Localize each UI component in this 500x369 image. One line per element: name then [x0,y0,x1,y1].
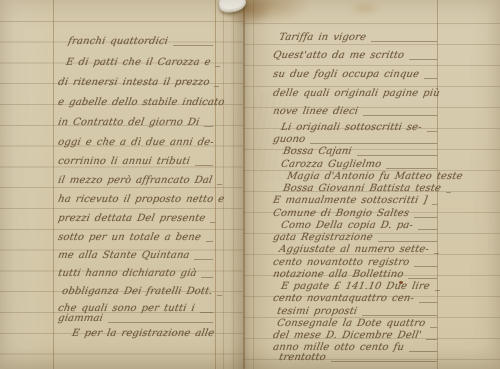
line-fill-stroke [108,322,213,323]
left-page-edge-line [223,0,224,369]
manuscript-line: sotto per un totale a bene [58,232,215,244]
left-page-right-margin-line [215,0,216,369]
manuscript-line-text: delle quali originali pagine più [272,88,441,100]
binding-crease [243,0,245,369]
manuscript-line: Como Della copia D. pa- [273,220,439,232]
manuscript-line-text: su due fogli occupa cinque [272,69,420,81]
line-fill-stroke [435,290,440,291]
line-fill-stroke [371,41,437,42]
manuscript-line: corrinino li annui tributi [58,156,215,168]
line-fill-stroke [206,241,213,242]
line-fill-stroke [427,131,437,132]
right-page-handwriting: Tariffa in vigoreQuest'atto da me scritt… [273,0,439,369]
line-fill-stroke [418,229,437,230]
manuscript-line-text: franchi quattordici [67,36,169,48]
line-fill-stroke [215,66,220,67]
line-fill-stroke [414,217,437,218]
manuscript-line-text: notazione alla Bollettino [272,269,404,281]
left-page: franchi quattordiciE di patti che il Car… [0,0,243,369]
manuscript-line: del mese D. Dicembre Dell' [273,330,439,342]
manuscript-line: Bossa Cajani [273,146,439,158]
manuscript-line-text: Bossa Giovanni Battista teste [282,183,442,195]
manuscript-line: prezzi dettata Del presente [58,213,215,225]
manuscript-line: obbliganza Dei fratelli Dott. [58,286,215,298]
manuscript-line-text: del mese D. Dicembre Dell' [272,330,422,342]
manuscript-line-text: E manualmente sottoscritti ] [272,195,428,207]
manuscript-line: E per la registrazione alle [58,328,215,340]
manuscript-line-text: Aggiustate al numero sette- [278,244,430,256]
line-fill-stroke [331,361,437,362]
binding-fold-line [233,0,234,369]
manuscript-line: e gabelle dello stabile indicato [58,97,215,109]
manuscript-line-text: E di patti che il Carozza e [65,57,212,69]
manuscript-line-text: oggi e che a dì due anni de- [57,137,215,149]
manuscript-line: E pagate £ 141.10 Due lire [273,281,439,293]
line-fill-stroke [201,277,213,278]
line-fill-stroke [430,327,437,328]
manuscript-line: Consegnale la Dote quattro [273,318,439,330]
manuscript-line-text: il mezzo però affrancato Dal [57,175,213,187]
line-fill-stroke [432,204,437,205]
line-fill-stroke [414,266,437,267]
manuscript-line-text: giammai [57,313,104,325]
line-fill-stroke [409,59,437,60]
manuscript-line-text: corrinino li annui tributi [57,156,191,168]
manuscript-line: su due fogli occupa cinque [273,69,439,81]
manuscript-line-text: obbliganza Dei fratelli Dott. [61,286,213,298]
manuscript-line-text: Quest'atto da me scritto [272,50,405,62]
line-fill-stroke [378,241,437,242]
manuscript-line: Magia d'Antonio fu Matteo teste [273,171,439,183]
manuscript-line-text: Tariffa in vigore [278,32,367,44]
ink-blot-dot [399,281,403,284]
manuscript-line: Quest'atto da me scritto [273,50,439,62]
line-fill-stroke [419,302,437,303]
left-page-margin-line [53,0,54,369]
manuscript-line-text: ha ricevuto il proposto netto e [57,194,225,206]
manuscript-line: oggi e che a dì due anni de- [58,137,215,149]
line-fill-stroke [195,165,213,166]
manuscript-line-text: cento novantotto registro [272,257,410,269]
manuscript-line-text: cento novantaquattro cen- [272,293,415,305]
manuscript-line: nove linee dieci [273,106,439,118]
line-fill-stroke [194,259,213,260]
manuscript-line-text: guono [272,134,306,146]
manuscript-line: gata Registrazione [273,232,439,244]
manuscript-line: Aggiustate al numero sette- [273,244,439,256]
manuscript-line-text: nove linee dieci [272,106,359,118]
manuscript-line-text: tesimi proposti [276,306,358,318]
manuscript-line: Comune di Bongio Saltes [273,208,439,220]
manuscript-line: di ritenersi intesta il prezzo [58,77,215,89]
manuscript-line-text: Bossa Cajani [282,146,353,158]
manuscript-line-text: e gabelle dello stabile indicato [57,97,225,109]
manuscript-line-text: me alla Stante Quintana [57,250,190,262]
line-fill-stroke [214,86,219,87]
manuscript-line: Carozza Guglielmo [273,159,439,171]
manuscript-line: E di patti che il Carozza e [58,57,215,69]
line-fill-stroke [362,315,437,316]
line-fill-stroke [310,143,437,144]
line-fill-stroke [434,253,439,254]
manuscript-line-text: tutti hanno dichiarato già [57,268,198,280]
manuscript-line: delle quali originali pagine più [273,88,439,100]
line-fill-stroke [424,78,437,79]
manuscript-line-text: gata Registrazione [272,232,374,244]
line-fill-stroke [210,222,215,223]
manuscript-line: notazione alla Bollettino [273,269,439,281]
line-fill-stroke [426,339,437,340]
manuscript-line-text: in Contratto del giorno Di [57,117,200,129]
manuscript-line: giammai [58,313,215,325]
manuscript-line: Li originali sottoscritti se- [273,122,439,134]
line-fill-stroke [446,192,451,193]
manuscript-line: in Contratto del giorno Di [58,117,215,129]
manuscript-line: Tariffa in vigore [273,32,439,44]
line-fill-stroke [217,184,222,185]
manuscript-line-text: Carozza Guglielmo [280,159,382,171]
manuscript-line: tesimi proposti [273,306,439,318]
manuscript-line: me alla Stante Quintana [58,250,215,262]
manuscript-line: tutti hanno dichiarato già [58,268,215,280]
manuscript-line-text: di ritenersi intesta il prezzo [57,77,210,89]
line-fill-stroke [204,126,213,127]
manuscript-line-text: sotto per un totale a bene [57,232,202,244]
manuscript-line-text: trentotto [278,352,327,364]
manuscript-line-text: Comune di Bongio Saltes [272,208,410,220]
manuscript-line-text: prezzi dettata Del presente [57,213,206,225]
manuscript-line-text: Magia d'Antonio fu Matteo teste [286,171,463,183]
line-fill-stroke [173,45,213,46]
line-fill-stroke [386,168,437,169]
manuscript-line: franchi quattordici [58,36,215,48]
manuscript-line: E manualmente sottoscritti ] [273,195,439,207]
manuscript-line: ha ricevuto il proposto netto e [58,194,215,206]
manuscript-line-text: Como Della copia D. pa- [280,220,414,232]
line-fill-stroke [363,115,437,116]
line-fill-stroke [408,278,437,279]
manuscript-line: Bossa Giovanni Battista teste [273,183,439,195]
manuscript-line: trentotto [273,352,439,364]
right-page-gutter-line [253,0,254,369]
manuscript-line: il mezzo però affrancato Dal [58,175,215,187]
line-fill-stroke [357,155,438,156]
right-page: Tariffa in vigoreQuest'atto da me scritt… [243,0,500,369]
manuscript-line-text: Consegnale la Dote quattro [276,318,426,330]
manuscript-line: guono [273,134,439,146]
manuscript-line: cento novantaquattro cen- [273,293,439,305]
manuscript-line-text: Li originali sottoscritti se- [280,122,423,134]
manuscript-line-text: E per la registrazione alle [71,328,215,340]
manuscript-line: cento novantotto registro [273,257,439,269]
left-page-handwriting: franchi quattordiciE di patti che il Car… [58,0,215,369]
manuscript-photo: franchi quattordiciE di patti che il Car… [0,0,500,369]
manuscript-line-text: E pagate £ 141.10 Due lire [280,281,431,293]
line-fill-stroke [217,295,222,296]
